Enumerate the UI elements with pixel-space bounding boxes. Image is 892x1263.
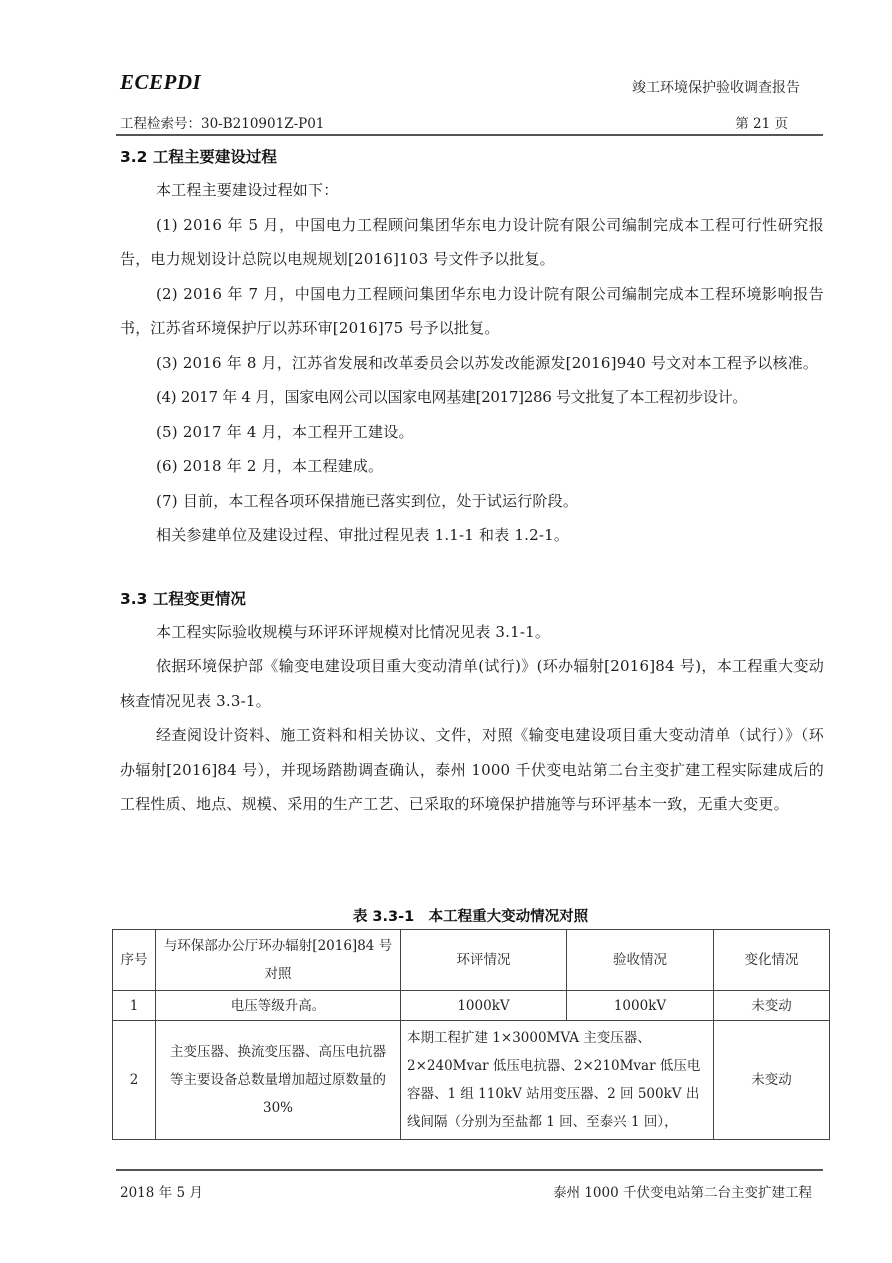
table-row: 2 主变压器、换流变压器、高压电抗器等主要设备总数量增加超过原数量的 30% 本… bbox=[113, 1021, 830, 1140]
header-acceptance: 验收情况 bbox=[567, 930, 714, 991]
header-eia: 环评情况 bbox=[401, 930, 567, 991]
process-item-1: (1) 2016 年 5 月，中国电力工程顾问集团华东电力设计院有限公司编制完成… bbox=[120, 208, 824, 277]
change-paragraph-2: 依据环境保护部《输变电建设项目重大变动清单(试行)》(环办辐射[2016]84 … bbox=[120, 649, 824, 718]
process-closing: 相关参建单位及建设过程、审批过程见表 1.1-1 和表 1.2-1。 bbox=[120, 518, 824, 553]
cell-seq: 1 bbox=[113, 991, 156, 1021]
footer-project-name: 泰州 1000 千伏变电站第二台主变扩建工程 bbox=[553, 1181, 812, 1201]
report-title: 竣工环境保护验收调查报告 bbox=[632, 77, 800, 97]
cell-criterion: 主变压器、换流变压器、高压电抗器等主要设备总数量增加超过原数量的 30% bbox=[156, 1021, 401, 1140]
process-item-7: (7) 目前，本工程各项环保措施已落实到位，处于试运行阶段。 bbox=[120, 484, 824, 519]
footer-divider bbox=[116, 1169, 823, 1171]
process-item-2: (2) 2016 年 7 月，中国电力工程顾问集团华东电力设计院有限公司编制完成… bbox=[120, 277, 824, 346]
section-heading-3-3: 3.3 工程变更情况 bbox=[120, 587, 824, 611]
header-criterion: 与环保部办公厅环办辐射[2016]84 号对照 bbox=[156, 930, 401, 991]
cell-acceptance: 1000kV bbox=[567, 991, 714, 1021]
cell-criterion: 电压等级升高。 bbox=[156, 991, 401, 1021]
cell-change: 未变动 bbox=[714, 1021, 830, 1140]
table-header-row: 序号 与环保部办公厅环办辐射[2016]84 号对照 环评情况 验收情况 变化情… bbox=[113, 930, 830, 991]
change-paragraph-3: 经查阅设计资料、施工资料和相关协议、文件，对照《输变电建设项目重大变动清单（试行… bbox=[120, 718, 824, 822]
table-caption: 表 3.3-1 本工程重大变动情况对照 bbox=[112, 905, 829, 926]
page-number: 第 21 页 bbox=[735, 112, 788, 132]
table-row: 1 电压等级升高。 1000kV 1000kV 未变动 bbox=[113, 991, 830, 1021]
major-change-table: 序号 与环保部办公厅环办辐射[2016]84 号对照 环评情况 验收情况 变化情… bbox=[112, 929, 830, 1140]
header-seq: 序号 bbox=[113, 930, 156, 991]
main-content: 3.2 工程主要建设过程 本工程主要建设过程如下： (1) 2016 年 5 月… bbox=[120, 145, 824, 822]
brand-logo-text: ECEPDI bbox=[120, 70, 201, 95]
cell-seq: 2 bbox=[113, 1021, 156, 1140]
process-item-5: (5) 2017 年 4 月，本工程开工建设。 bbox=[120, 415, 824, 450]
process-item-3: (3) 2016 年 8 月，江苏省发展和改革委员会以苏发改能源发[2016]9… bbox=[120, 346, 824, 381]
document-page: ECEPDI 竣工环境保护验收调查报告 工程检索号：30-B210901Z-P0… bbox=[0, 0, 892, 1263]
cell-eia-acceptance-merged: 本期工程扩建 1×3000MVA 主变压器、2×240Mvar 低压电抗器、2×… bbox=[401, 1021, 714, 1140]
header-divider bbox=[116, 134, 823, 136]
section-heading-3-2: 3.2 工程主要建设过程 bbox=[120, 145, 824, 169]
header-change: 变化情况 bbox=[714, 930, 830, 991]
footer-date: 2018 年 5 月 bbox=[120, 1181, 203, 1201]
cell-eia: 1000kV bbox=[401, 991, 567, 1021]
process-item-4: (4) 2017 年 4 月，国家电网公司以国家电网基建[2017]286 号文… bbox=[120, 380, 824, 415]
cell-change: 未变动 bbox=[714, 991, 830, 1021]
change-paragraph-1: 本工程实际验收规模与环评环评规模对比情况见表 3.1-1。 bbox=[120, 615, 824, 650]
project-code: 工程检索号：30-B210901Z-P01 bbox=[120, 112, 324, 132]
process-item-6: (6) 2018 年 2 月，本工程建成。 bbox=[120, 449, 824, 484]
section-gap bbox=[120, 553, 824, 587]
section-intro: 本工程主要建设过程如下： bbox=[120, 173, 824, 208]
